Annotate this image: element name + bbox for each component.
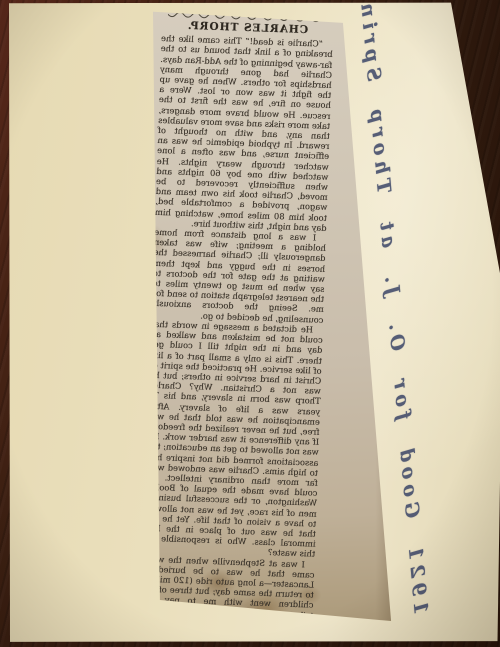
obituary-paragraph: He dictated a message in words that coul… xyxy=(143,319,323,560)
photograph-of-clipping: CHARLES THORP. “Charlie is dead!” This c… xyxy=(0,0,500,647)
clipping-text-mirrored: CHARLES THORP. “Charlie is dead!” This c… xyxy=(141,11,334,632)
obituary-paragraph: “Charlie is dead!” This came like the br… xyxy=(155,33,334,233)
obituary-paragraph: I was a long distance from home holding … xyxy=(151,227,326,325)
